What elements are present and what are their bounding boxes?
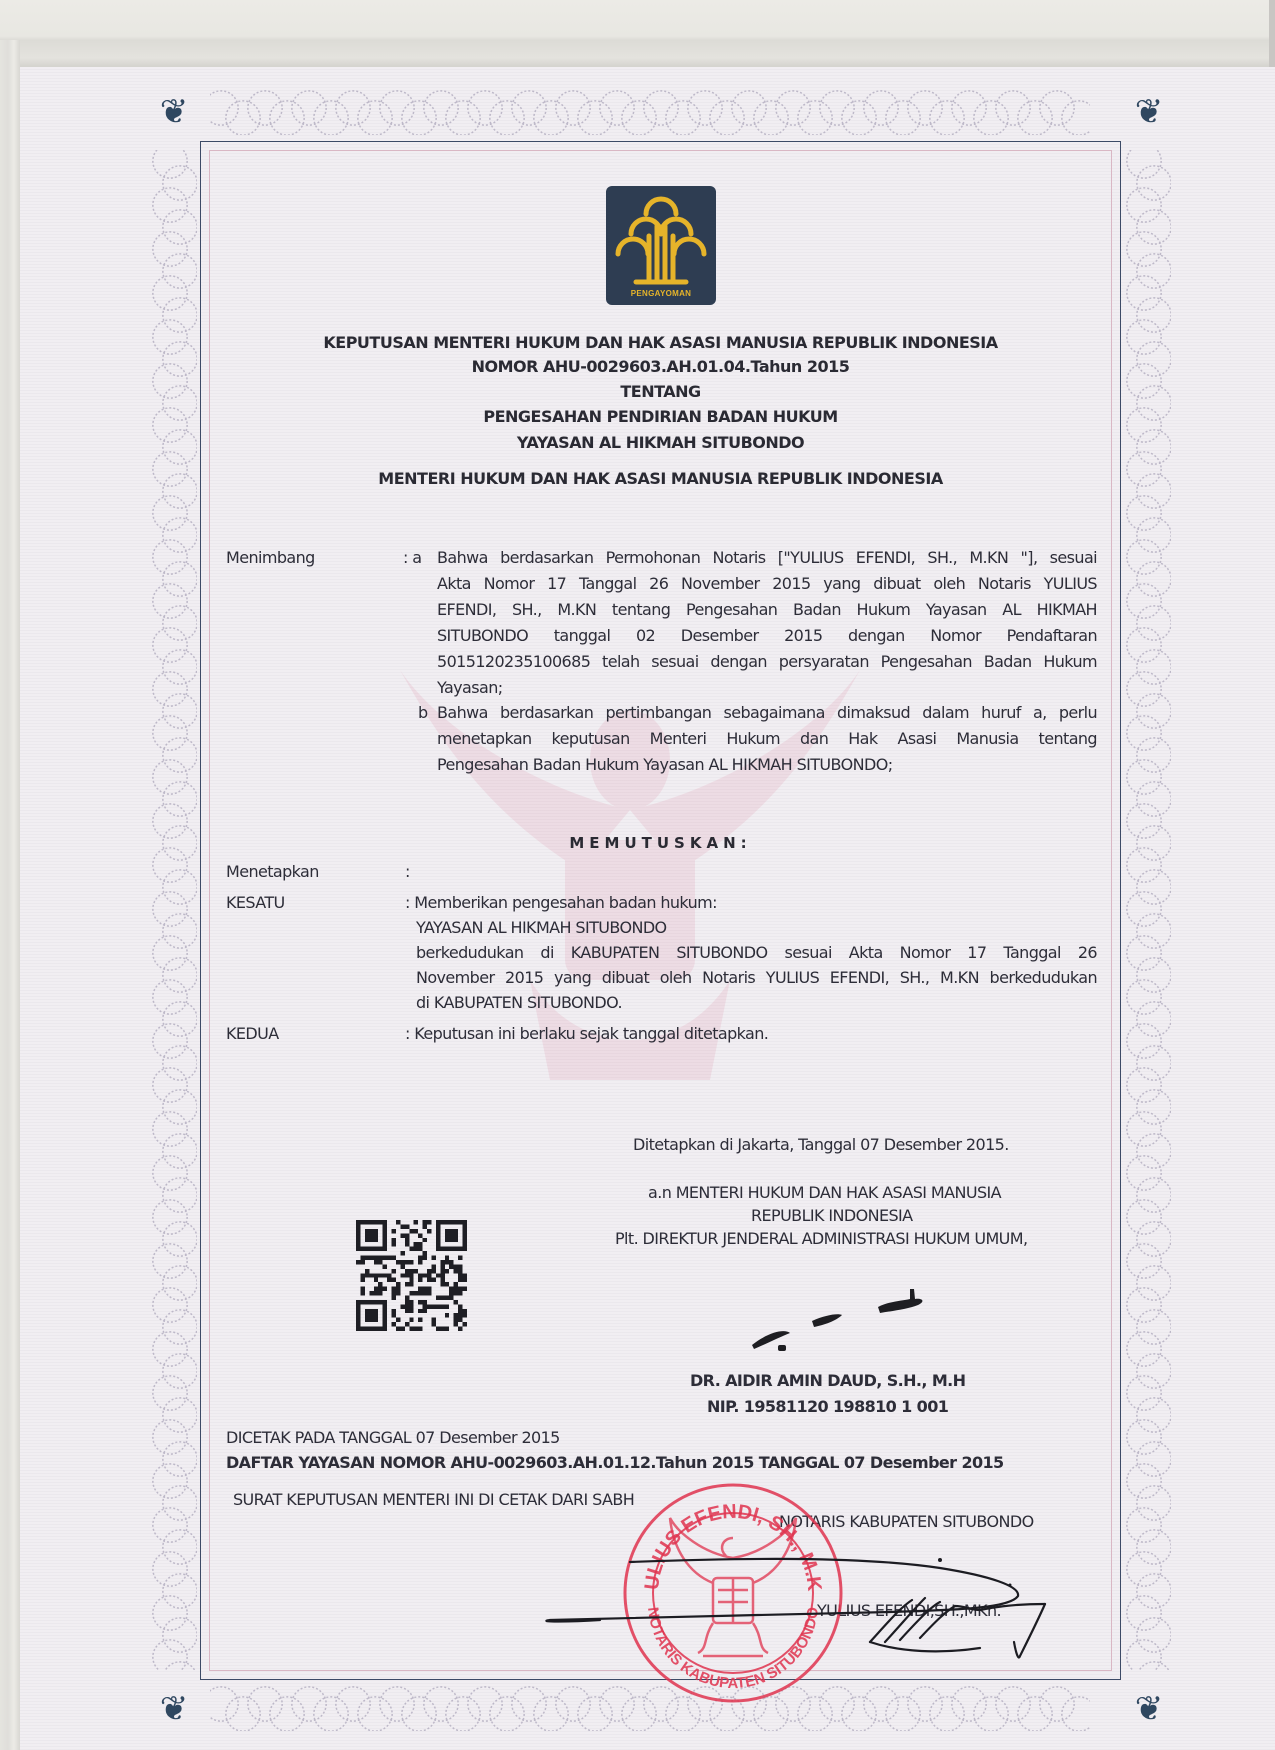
- menetapkan-colon: :: [405, 862, 410, 882]
- kesatu-line: YAYASAN AL HIKMAH SITUBONDO: [416, 918, 667, 938]
- foundation-name: YAYASAN AL HIKMAH SITUBONDO: [200, 433, 1121, 453]
- corner-ornament-icon: ❦: [155, 93, 193, 131]
- on-behalf-line1: a.n MENTERI HUKUM DAN HAK ASASI MANUSIA: [648, 1183, 1001, 1203]
- menimbang-b-line: Bahwa berdasarkan pertimbangan sebagaima…: [437, 703, 1097, 723]
- kesatu-line: di KABUPATEN SITUBONDO.: [416, 993, 622, 1013]
- plastic-sleeve-top: [0, 0, 1275, 67]
- decree-about: TENTANG: [200, 382, 1121, 402]
- pengayoman-tree-icon: [606, 186, 716, 305]
- decree-title: KEPUTUSAN MENTERI HUKUM DAN HAK ASASI MA…: [200, 333, 1121, 353]
- decree-subject: PENGESAHAN PENDIRIAN BADAN HUKUM: [200, 407, 1121, 427]
- kesatu-line: November 2015 yang dibuat oleh Notaris Y…: [416, 968, 1097, 988]
- menimbang-b-line: Pengesahan Badan Hukum Yayasan AL HIKMAH…: [437, 755, 893, 775]
- menimbang-marker-b: b: [418, 703, 428, 723]
- corner-ornament-icon: ❦: [1130, 93, 1168, 131]
- registry-number: DAFTAR YAYASAN NOMOR AHU-0029603.AH.01.1…: [226, 1453, 1004, 1473]
- issuing-authority: MENTERI HUKUM DAN HAK ASASI MANUSIA REPU…: [200, 469, 1121, 489]
- qr-code-icon[interactable]: [356, 1220, 467, 1331]
- signer-position: Plt. DIREKTUR JENDERAL ADMINISTRASI HUKU…: [615, 1229, 1028, 1249]
- printed-date: DICETAK PADA TANGGAL 07 Desember 2015: [226, 1428, 560, 1448]
- place-date: Ditetapkan di Jakarta, Tanggal 07 Desemb…: [633, 1135, 1009, 1155]
- menimbang-a-line: SITUBONDO tanggal 02 Desember 2015 denga…: [437, 626, 1097, 646]
- corner-ornament-icon: ❦: [1130, 1690, 1168, 1728]
- logo-caption: PENGAYOMAN: [606, 289, 716, 298]
- kedua-label: KEDUA: [226, 1024, 279, 1044]
- signer-nip: NIP. 19581120 198810 1 001: [707, 1397, 948, 1417]
- menimbang-marker-a: : a: [403, 548, 421, 568]
- notary-stamp-icon: YULIUS EFENDI, SH., M.Kn NOTARIS KABUPAT…: [618, 1478, 848, 1708]
- kedua-text: : Keputusan ini berlaku sejak tanggal di…: [405, 1024, 768, 1044]
- menetapkan-label: Menetapkan: [226, 862, 319, 882]
- corner-ornament-icon: ❦: [155, 1690, 193, 1728]
- menimbang-a-line: Akta Nomor 17 Tanggal 26 November 2015 y…: [437, 574, 1097, 594]
- plastic-sleeve-left: [0, 40, 20, 1750]
- decree-number: NOMOR AHU-0029603.AH.01.04.Tahun 2015: [200, 357, 1121, 377]
- ministry-logo: PENGAYOMAN: [606, 186, 716, 305]
- on-behalf-line2: REPUBLIK INDONESIA: [751, 1206, 912, 1226]
- decision-heading: MEMUTUSKAN:: [200, 833, 1121, 853]
- kesatu-line: berkedudukan di KABUPATEN SITUBONDO sesu…: [416, 943, 1097, 963]
- kesatu-label: KESATU: [226, 893, 285, 913]
- kesatu-line: : Memberikan pengesahan badan hukum:: [405, 893, 717, 913]
- signer-name: DR. AIDIR AMIN DAUD, S.H., M.H: [690, 1371, 965, 1391]
- menimbang-a-line: 5015120235100685 telah sesuai dengan per…: [437, 652, 1097, 672]
- menimbang-a-line: EFENDI, SH., M.KN tentang Pengesahan Bad…: [437, 600, 1097, 620]
- menimbang-a-line: Bahwa berdasarkan Permohonan Notaris ["Y…: [437, 548, 1097, 568]
- menimbang-b-line: menetapkan keputusan Menteri Hukum dan H…: [437, 729, 1097, 749]
- menimbang-label: Menimbang: [226, 548, 315, 568]
- printed-from: SURAT KEPUTUSAN MENTERI INI DI CETAK DAR…: [233, 1490, 634, 1510]
- svg-text:YULIUS EFENDI, SH., M.Kn: YULIUS EFENDI, SH., M.Kn: [618, 1478, 825, 1593]
- menimbang-a-line: Yayasan;: [437, 678, 503, 698]
